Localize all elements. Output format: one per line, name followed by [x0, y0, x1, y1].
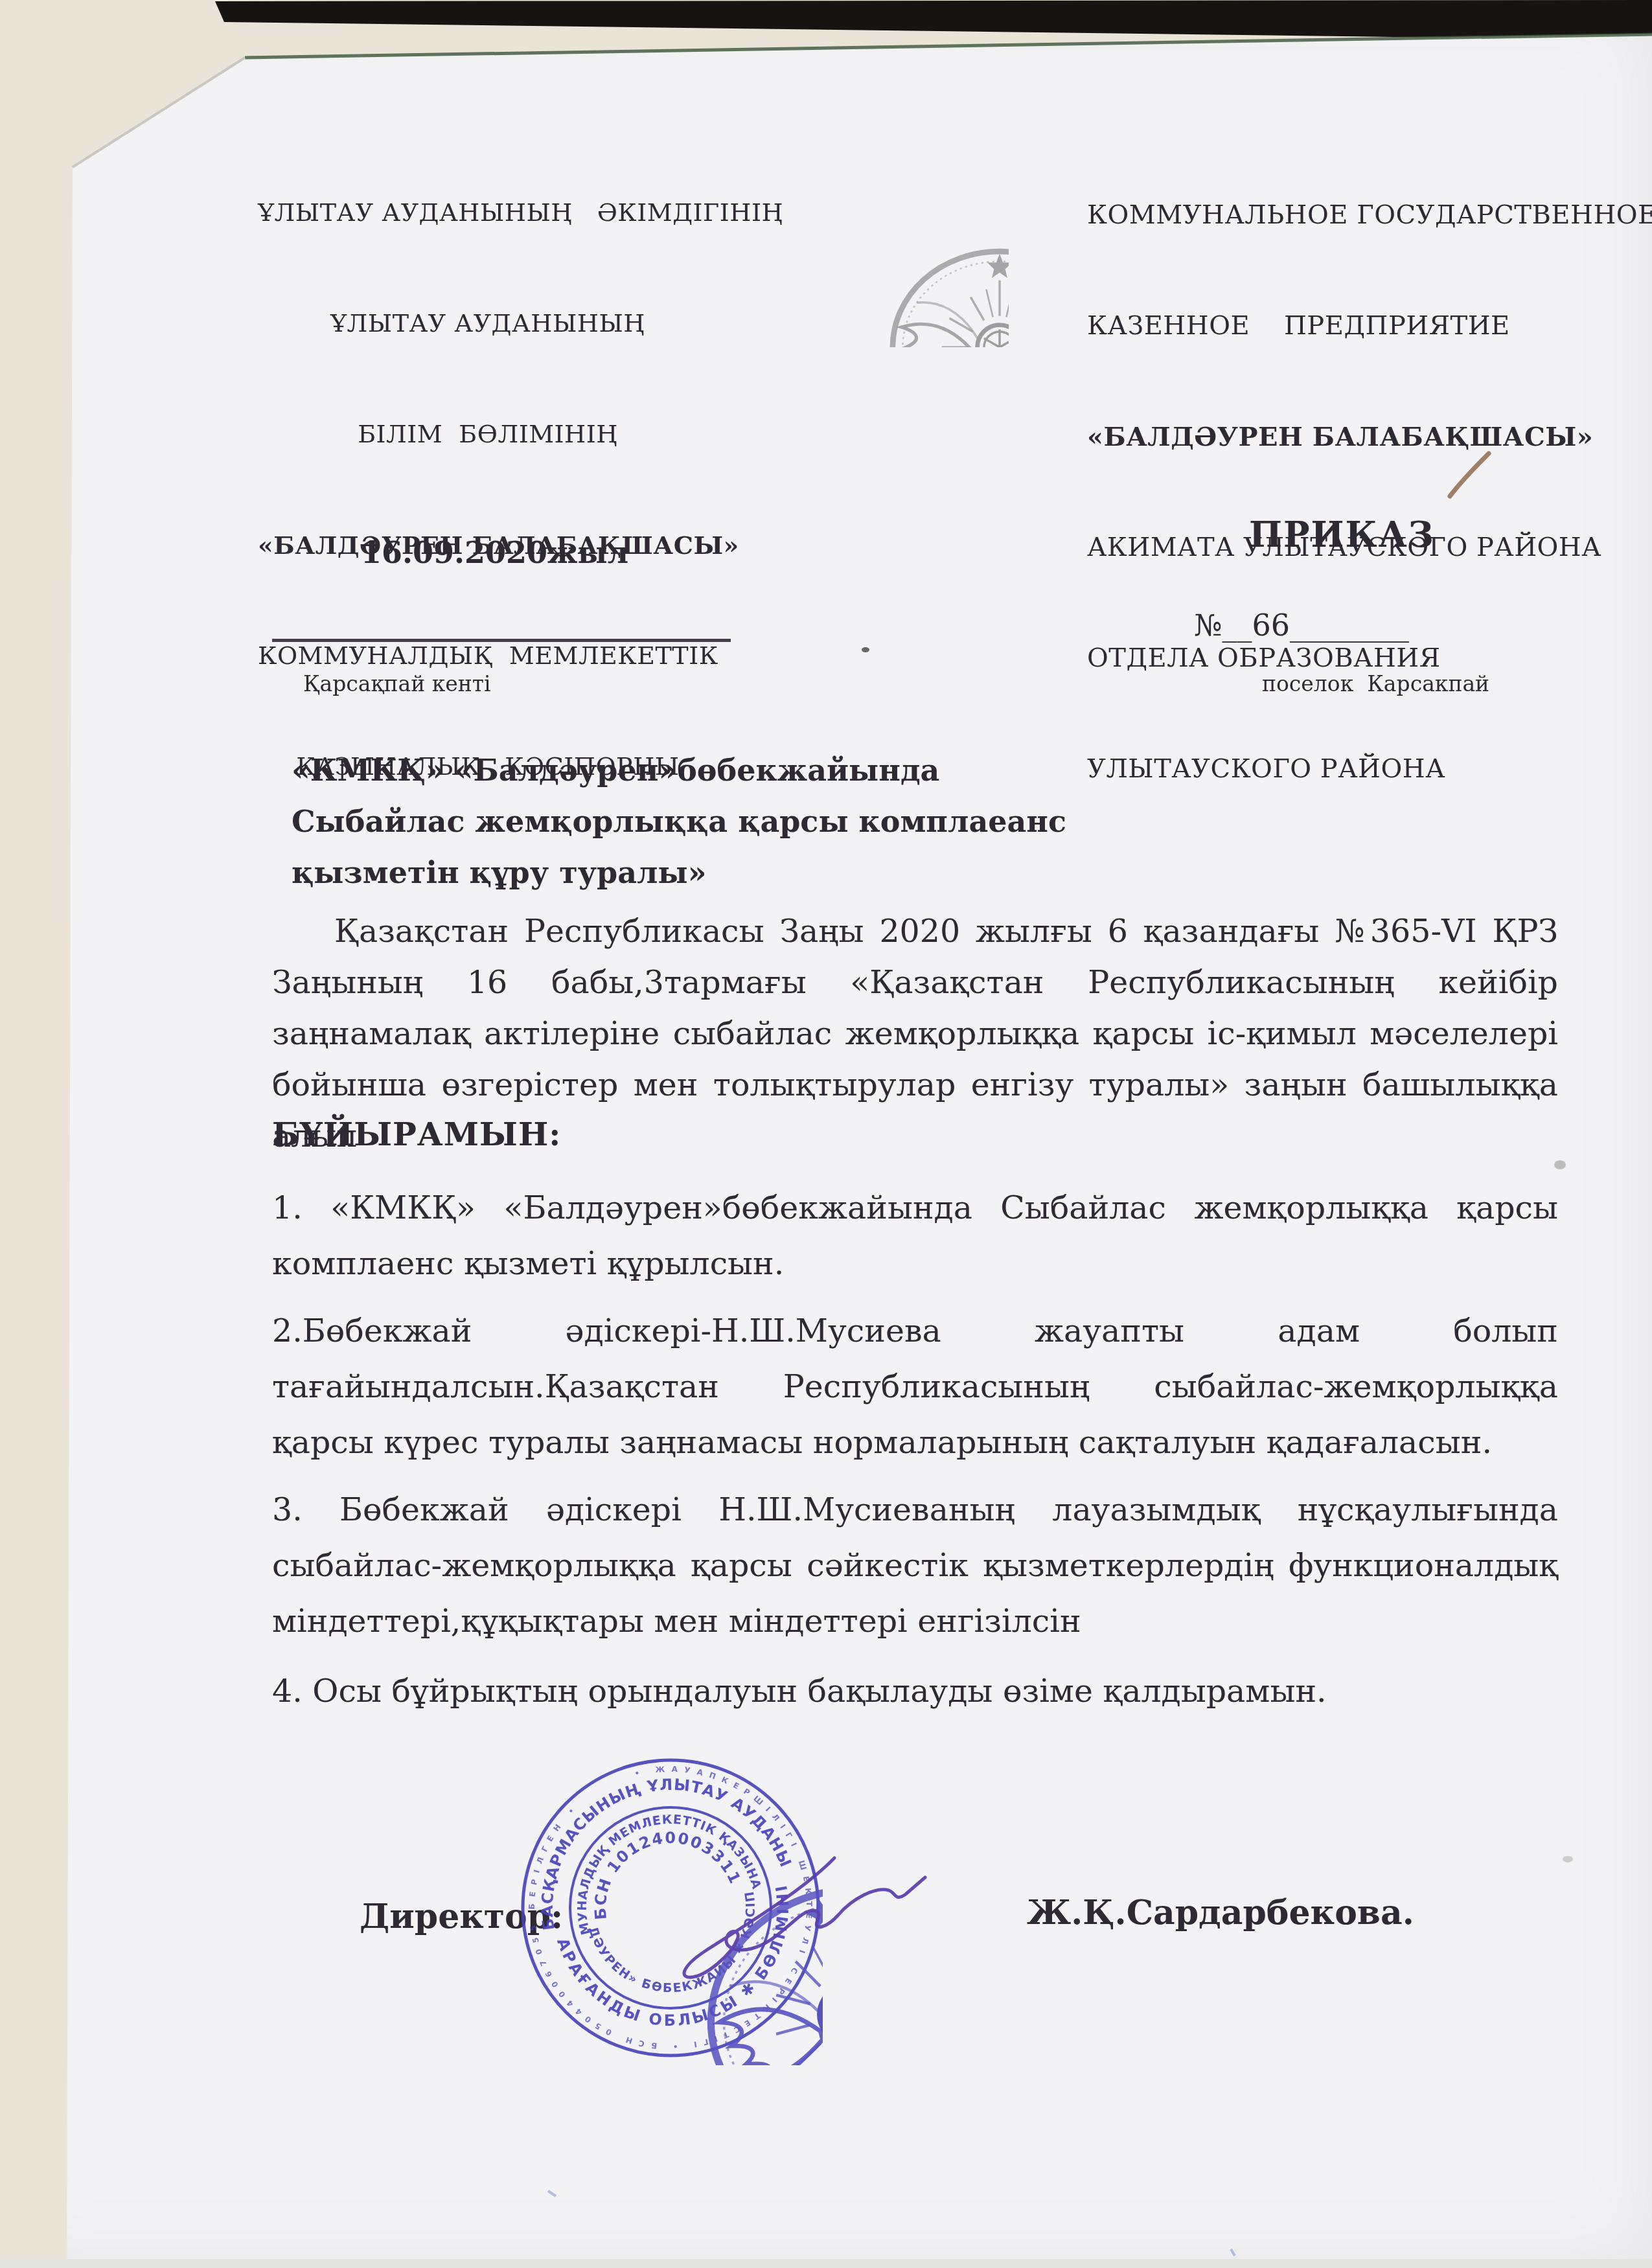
letterhead-line: БІЛІМ БӨЛІМІНІҢ: [258, 416, 718, 453]
order-item-3: 3. Бөбекжай әдіскері Н.Ш.Мусиеваның лауа…: [272, 1482, 1558, 1649]
letterhead-line: КАЗЕННОЕ ПРЕДПРИЯТИЕ: [1087, 308, 1631, 345]
letterhead-line: КОММУНАЛДЫҚ МЕМЛЕКЕТТІК: [258, 637, 718, 674]
document-paper: ҰЛЫТАУ АУДАНЫНЫҢ ӘКІМДІГІНІҢ ҰЛЫТАУ АУДА…: [0, 0, 1652, 2268]
document-title: ПРИКАЗ: [1249, 514, 1435, 555]
order-subject: «КМКҚ» «Балдәурен»бөбекжайында Сыбайлас …: [292, 745, 1066, 899]
letterhead-russian: КОММУНАЛЬНОЕ ГОСУДАРСТВЕННОЕ КАЗЕННОЕ ПР…: [1087, 123, 1631, 862]
place-kazakh: Қарсақпай кенті: [303, 671, 491, 696]
letterhead-line: УЛЫТАУСКОГО РАЙОНА: [1087, 751, 1631, 788]
place-russian: поселок Карсакпай: [1262, 671, 1489, 696]
order-item-2: 2.Бөбекжай әдіскері-Н.Ш.Мусиева жауапты …: [272, 1303, 1558, 1471]
signer-name: Ж.Қ.Сардарбекова.: [1027, 1893, 1414, 1932]
letterhead-line: ҰЛЫТАУ АУДАНЫНЫҢ ӘКІМДІГІНІҢ: [258, 194, 718, 231]
resolution-word: БҰЙЫРАМЫН:: [272, 1116, 561, 1153]
letterhead-line: ҰЛЫТАУ АУДАНЫНЫҢ: [258, 305, 718, 342]
letterhead-org-name: «БАЛДӘУРЕН БАЛАБАҚШАСЫ»: [1087, 418, 1631, 455]
letterhead-line: КОММУНАЛЬНОЕ ГОСУДАРСТВЕННОЕ: [1087, 197, 1631, 234]
order-item-1: 1. «КМКҚ» «Балдәурен»бөбекжайында Сыбайл…: [272, 1180, 1558, 1292]
scanned-order-page: { "letterhead": { "left_lines": [ "ҰЛЫТА…: [0, 0, 1652, 2268]
order-date: 16.09.2020жыл: [361, 535, 628, 570]
subject-line: Сыбайлас жемқорлыққа қарсы комплаеанс: [292, 796, 1066, 847]
subject-line: қызметін құру туралы»: [292, 847, 1066, 899]
round-stamp: • ЖАУАПКЕРШІЛІГІ ШЕКТЕУЛІ СЕРІКТЕСТІГІ •…: [518, 1751, 823, 2065]
order-number: №__66________: [1194, 608, 1409, 643]
subject-line: «КМКҚ» «Балдәурен»бөбекжайында: [292, 745, 1066, 796]
state-emblem-icon: [768, 124, 1009, 347]
blank-underline: [272, 639, 731, 642]
order-item-4: 4. Осы бұйрықтың орындалуын бақылауды өз…: [272, 1664, 1558, 1719]
